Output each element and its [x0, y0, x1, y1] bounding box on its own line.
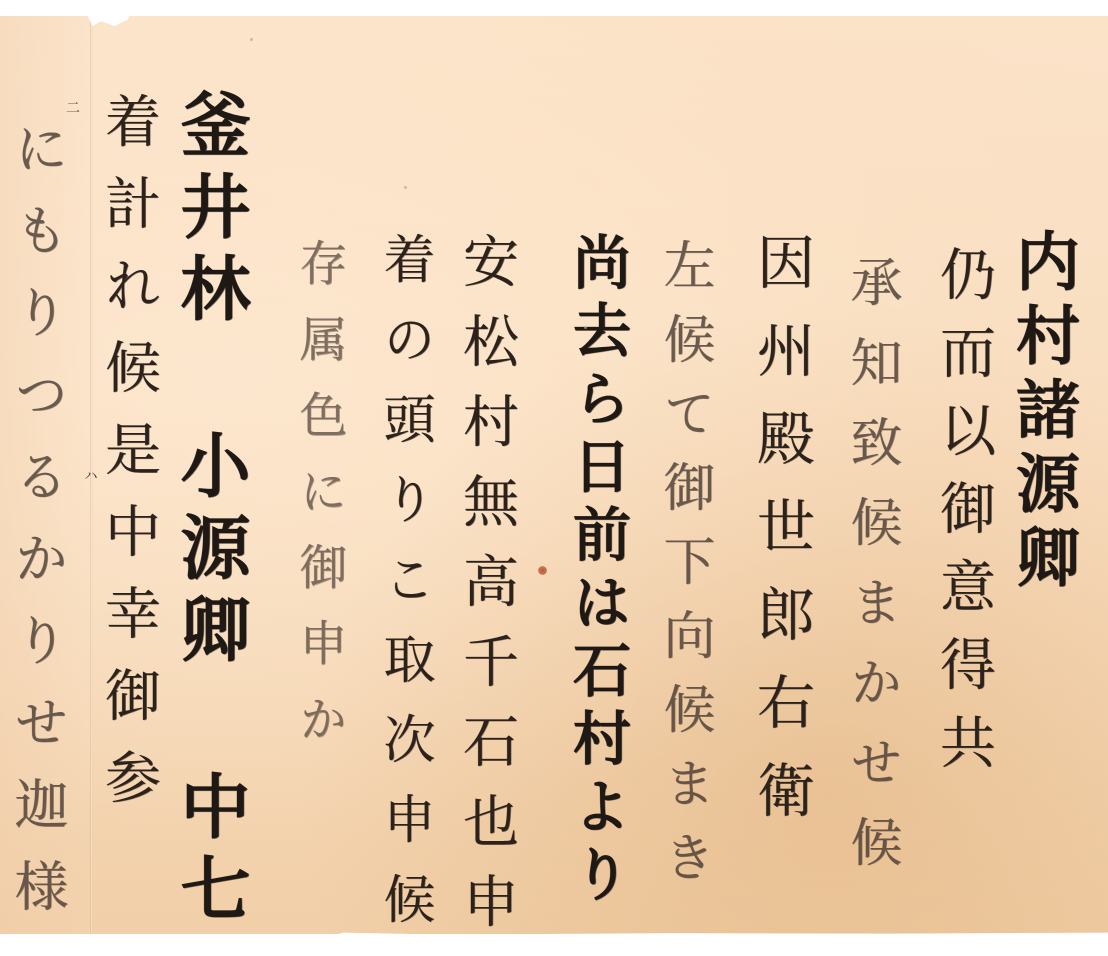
text-column-1: 内村諸源卿: [1010, 228, 1074, 598]
text-column-4: 因州殿世郎右衛: [752, 232, 810, 848]
small-kana-annotation: 二: [62, 100, 82, 116]
text-column-5: 左候て御下向候まき: [658, 238, 710, 904]
text-column-7: 安松村無高千石也申: [458, 232, 514, 952]
text-column-12: にもりつるかりせ迦様: [10, 120, 64, 940]
text-column-2: 仍而以御意得共: [935, 245, 991, 791]
paper-speck: [250, 38, 253, 41]
text-column-8: 着の頭りこ取次申候: [378, 232, 430, 952]
red-seal-dot: [538, 566, 547, 575]
text-column-11: 着計れ候是中幸御参: [100, 92, 156, 830]
paper-speck: [404, 186, 407, 189]
paper-speck: [584, 326, 587, 329]
text-column-9: 存属色に御申か: [295, 238, 343, 770]
text-column-10: 釜井林 小源卿 中七: [175, 88, 245, 934]
small-kana-annotation-2: ハ: [80, 468, 100, 484]
text-column-3: 承知致候まかせ候: [845, 255, 897, 895]
text-column-6: 尚去ら日前は石村より: [568, 232, 626, 912]
